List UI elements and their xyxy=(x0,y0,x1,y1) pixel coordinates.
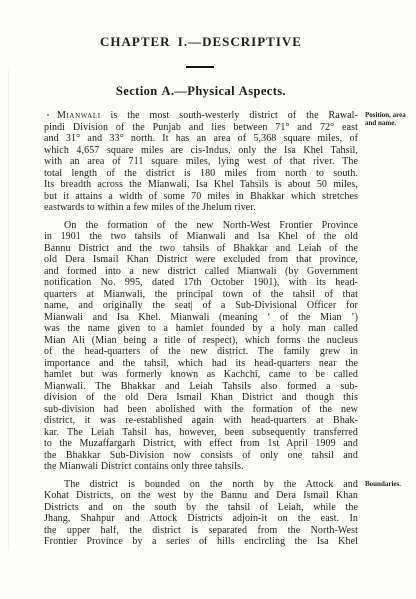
text-line: the upper half, the district is separate… xyxy=(44,525,358,537)
text-line: On the formation of the new North-West F… xyxy=(44,220,358,232)
text-line: Districts and on the south by the tahsil… xyxy=(44,502,358,514)
text-line: in 1901 the two tahsils of Mianwali and … xyxy=(44,231,358,243)
text-line: name, and originally the seat| of a Sub-… xyxy=(44,300,358,312)
lead-word: Mianwali xyxy=(57,110,101,121)
text-line: notification No. 995, dated 17th October… xyxy=(44,277,358,289)
section-title: Section A.—Physical Aspects. xyxy=(44,84,358,99)
text-line: kar. The Leiah Tahsil has, however, been… xyxy=(44,427,358,439)
section-divider xyxy=(186,66,214,68)
text-line: division of the old Dera Ismail Khan Dis… xyxy=(44,392,358,404)
text-line: Frontier Province by a series of hills e… xyxy=(44,536,358,548)
margin-note: Position, area and name. xyxy=(365,111,416,127)
text-line: the Bhakkar Sub-Division now consists of… xyxy=(44,450,358,462)
text-line: eastwards to within a few miles of the J… xyxy=(44,202,358,214)
text-line: Its breadth across the Mianwali, Isa Khe… xyxy=(44,179,358,191)
text-line: which 4,657 square miles are cis-Indus, … xyxy=(44,145,358,157)
text-line: The district is bounded on the north by … xyxy=(44,479,358,491)
paragraph: On the formation of the new North-West F… xyxy=(44,220,358,473)
text-line: Mian Ali (Mian being a title of respect)… xyxy=(44,335,358,347)
text-line: and 31° and 33° north. It has an area of… xyxy=(44,133,358,145)
text-line: Mianwali and Isa Khel. Mianwali (meaning… xyxy=(44,312,358,324)
text-line: sub-division had been abolished with the… xyxy=(44,404,358,416)
text-line: the Mianwali District contains only thre… xyxy=(44,461,358,473)
body-text: Mianwali is the most south-westerly dist… xyxy=(44,110,358,548)
text-line: Mianwali is the most south-westerly dist… xyxy=(44,110,358,122)
text-line: with an area of 711 square miles, lying … xyxy=(44,156,358,168)
text-line: was the name given to a hamlet founded b… xyxy=(44,323,358,335)
text-line: importance and the tahsil, which had its… xyxy=(44,358,358,370)
paragraph: The district is bounded on the north by … xyxy=(44,479,358,548)
paragraph: Mianwali is the most south-westerly dist… xyxy=(44,110,358,214)
book-page: CHAPTER I.—DESCRIPTIVE Section A.—Physic… xyxy=(0,0,416,599)
text-line: but it attains a width of some 70 miles … xyxy=(44,191,358,203)
text-line: Bannu District and the two tahsils of Bh… xyxy=(44,243,358,255)
text-line: district, it was re-established again wi… xyxy=(44,415,358,427)
text-line: pindi Division of the Punjab and lies be… xyxy=(44,122,358,134)
page-fold-shadow xyxy=(8,70,9,550)
text-line: total length of the district is 180 mile… xyxy=(44,168,358,180)
margin-note: Boundaries. xyxy=(365,480,416,488)
text-line: and formed into a new district called Mi… xyxy=(44,266,358,278)
text-line: of the head-quarters of the new district… xyxy=(44,346,358,358)
text-line: Mianwali. The Bhakkar and Leiah Tahsils … xyxy=(44,381,358,393)
text-line: hamlet but was formerly known as Kachchi… xyxy=(44,369,358,381)
text-line: to the Muzaffargarh District, with effec… xyxy=(44,438,358,450)
chapter-title: CHAPTER I.—DESCRIPTIVE xyxy=(44,34,358,50)
text-line: old Dera Ismail Khan District were exclu… xyxy=(44,254,358,266)
text-line: quarters at Mianwali, the principal town… xyxy=(44,289,358,301)
text-line: Kohat Districts, on the west by the Bann… xyxy=(44,490,358,502)
text-line: Jhang, Shahpur and Attock Districts adjo… xyxy=(44,513,358,525)
